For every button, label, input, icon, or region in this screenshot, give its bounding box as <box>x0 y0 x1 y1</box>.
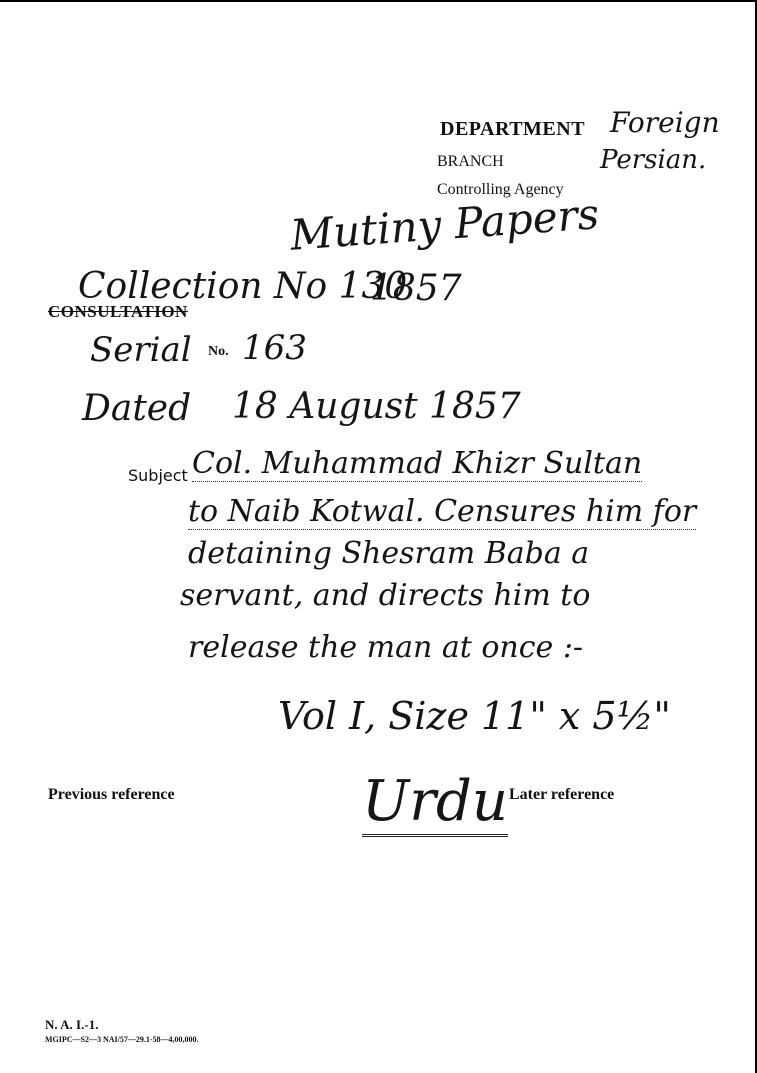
subject-line-2: to Naib Kotwal. Censures him for <box>188 494 696 530</box>
dated-label: Dated <box>82 388 191 429</box>
collection-year: 1857 <box>370 268 462 309</box>
handwritten-title: Mutiny Papers <box>289 189 601 259</box>
volume-size: Vol I, Size 11" x 5½" <box>278 694 671 738</box>
subject-line-4: servant, and directs him to <box>180 578 590 613</box>
subject-line-1: Col. Muhammad Khizr Sultan <box>192 446 642 482</box>
language-value: Urdu <box>362 770 508 837</box>
department-value: Foreign <box>610 106 720 139</box>
print-info: MGIPC—S2—3 NAI/57—29.1-58—4,00,000. <box>45 1035 199 1044</box>
form-id: N. A. I.-1. <box>45 1017 98 1033</box>
later-reference-label: Later reference <box>509 786 614 804</box>
serial-value: 163 <box>242 328 307 368</box>
branch-value: Persian. <box>600 145 706 175</box>
branch-label: BRANCH <box>437 153 504 171</box>
subject-line-3: detaining Shesram Baba a <box>188 536 589 571</box>
consultation-label-struck: CONSULTATION <box>48 302 188 322</box>
serial-handwritten-label: Serial <box>90 330 192 370</box>
subject-line-5: release the man at once :- <box>188 630 583 665</box>
page-border-top <box>0 0 757 2</box>
collection-number: Collection No 130 <box>78 266 407 307</box>
dated-value: 18 August 1857 <box>232 386 521 427</box>
subject-label: Subject <box>128 466 188 485</box>
department-label: DEPARTMENT <box>440 118 585 141</box>
serial-no-label: No. <box>208 344 229 360</box>
previous-reference-label: Previous reference <box>48 786 175 804</box>
